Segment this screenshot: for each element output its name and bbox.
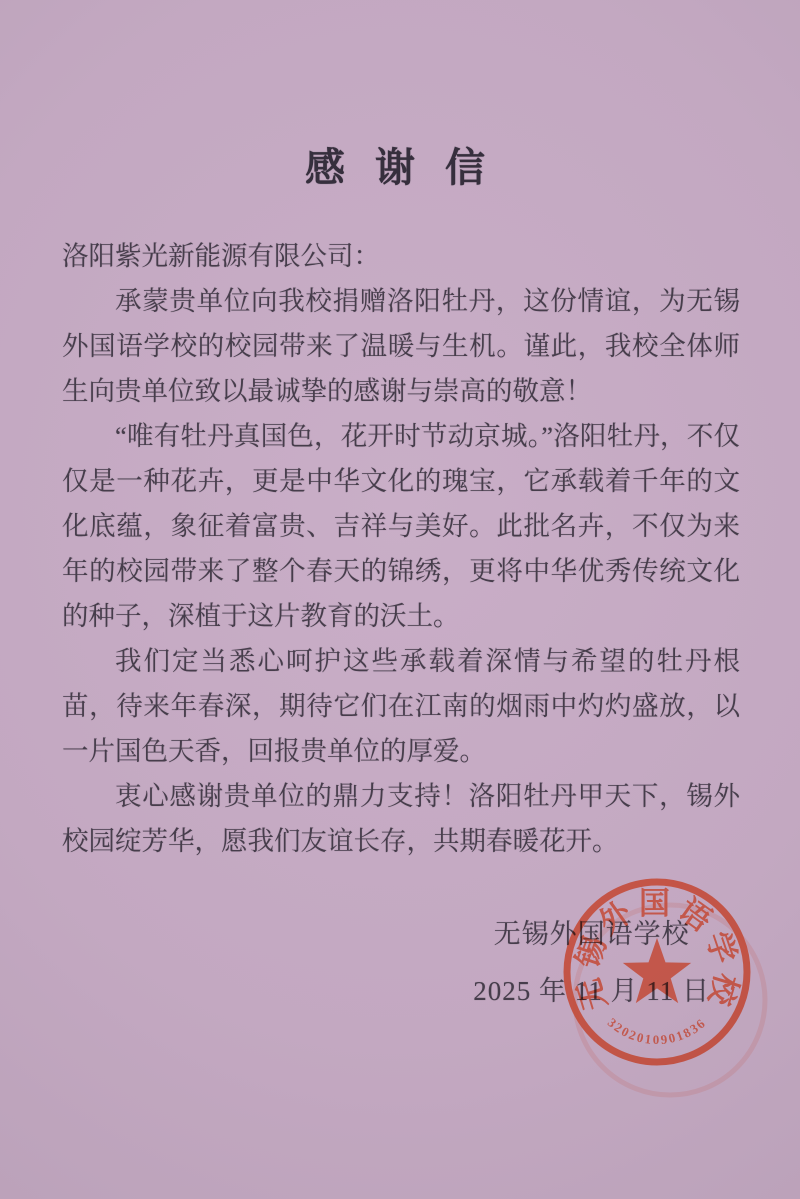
seal-serial-number: 3202010901836 [605,1015,709,1047]
letter-photo: 感 谢 信 洛阳紫光新能源有限公司： 承蒙贵单位向我校捐赠洛阳牡丹，这份情谊，为… [0,0,800,1199]
letter-title: 感 谢 信 [0,136,800,193]
signature-block: 无锡外国语学校 2025 年 11 月 11 日 [473,912,710,1008]
letter-date: 2025 年 11 月 11 日 [473,969,710,1008]
letter-body: 洛阳紫光新能源有限公司： 承蒙贵单位向我校捐赠洛阳牡丹，这份情谊，为无锡外国语学… [62,234,740,864]
letter-signature: 无锡外国语学校 [473,912,710,951]
letter-salutation: 洛阳紫光新能源有限公司： [62,234,740,279]
letter-paragraph: 承蒙贵单位向我校捐赠洛阳牡丹，这份情谊，为无锡外国语学校的校园带来了温暖与生机。… [62,279,740,414]
letter-paragraph: 我们定当悉心呵护这些承载着深情与希望的牡丹根苗，待来年春深，期待它们在江南的烟雨… [62,639,740,774]
letter-paragraph: “唯有牡丹真国色，花开时节动京城。”洛阳牡丹，不仅仅是一种花卉，更是中华文化的瑰… [62,414,740,639]
seal-serial-holder: 3202010901836 [605,1015,709,1047]
letter-paragraph: 衷心感谢贵单位的鼎力支持！洛阳牡丹甲天下，锡外校园绽芳华，愿我们友谊长存，共期春… [62,774,740,864]
